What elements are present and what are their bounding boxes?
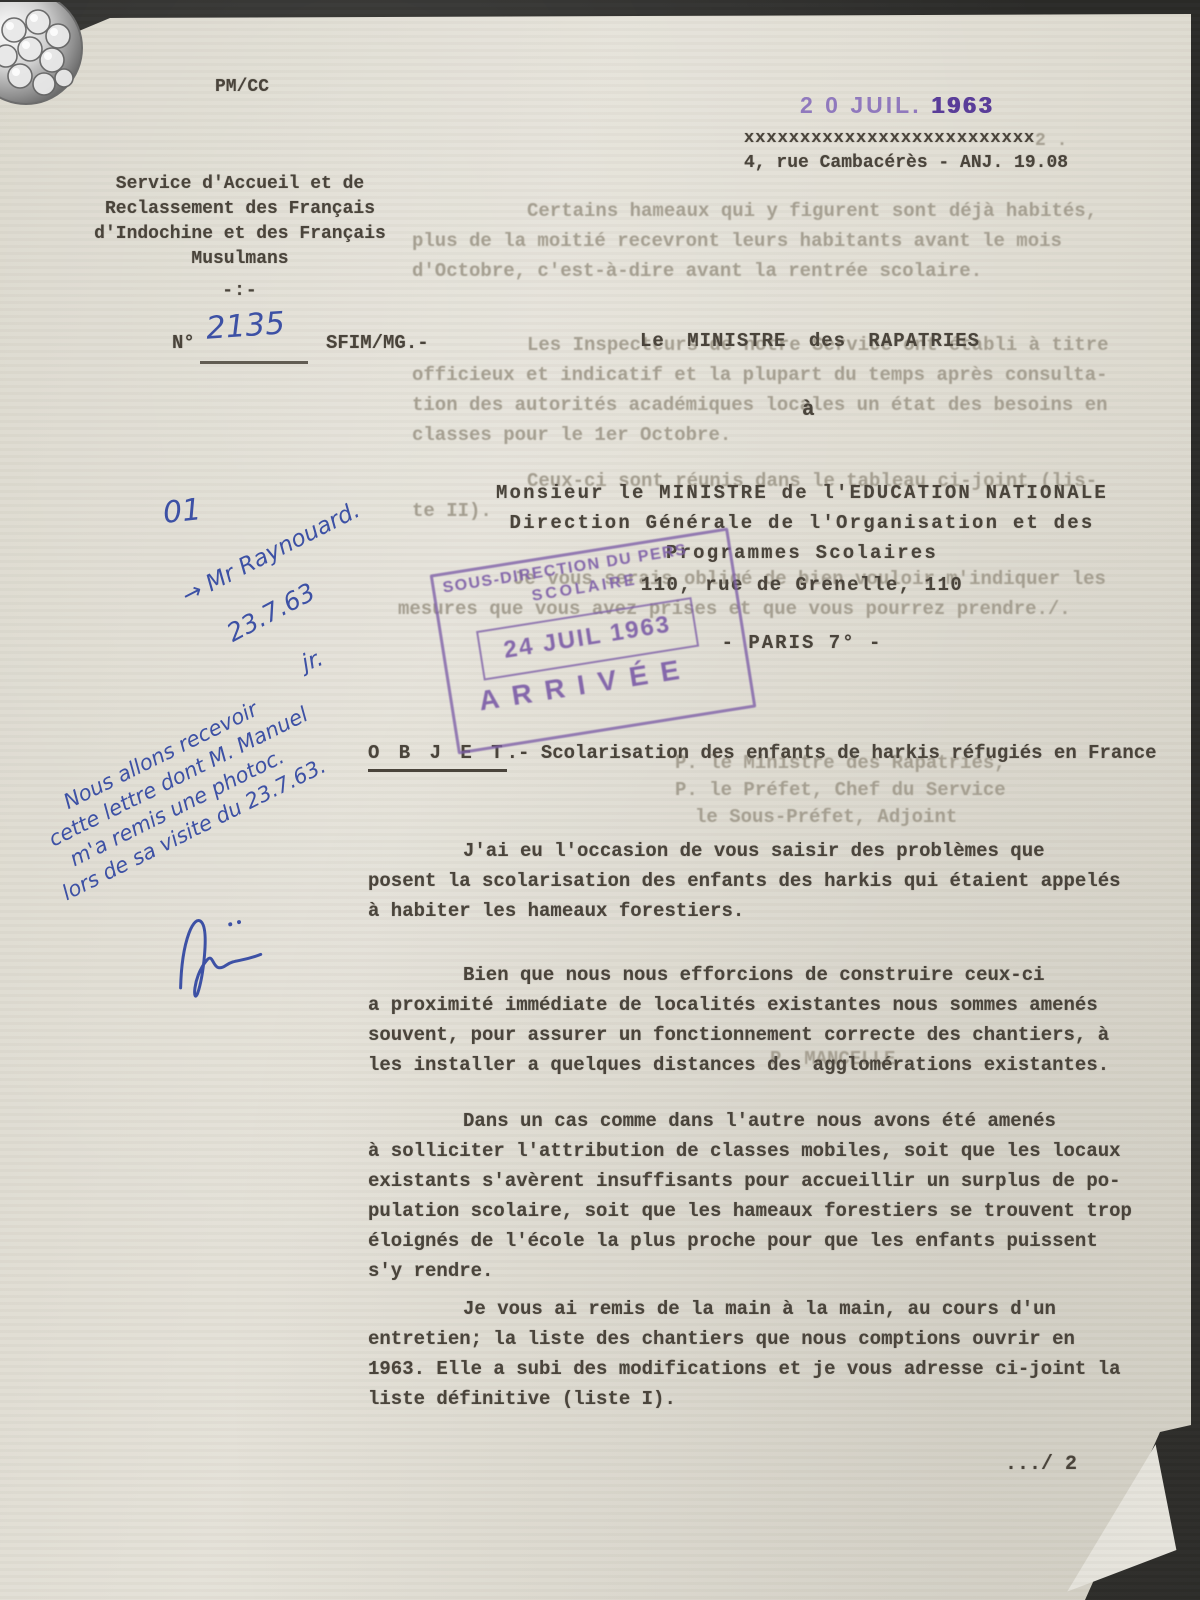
received-date-stamp: 2 0 JUIL. 1963 <box>800 92 994 119</box>
letterhead: Service d'Accueil et deReclassement des … <box>68 172 412 272</box>
date-stamp-day-month: 2 0 JUIL. <box>800 92 922 118</box>
letter-number-handwritten: 2135 <box>205 305 286 346</box>
date-stamp-year: 1963 <box>931 92 994 118</box>
body-paragraph: Je vous ai remis de la main à la main, a… <box>368 1294 1121 1414</box>
number-underline <box>200 361 308 364</box>
sender-title: Le MINISTRE des RAPATRIES <box>640 326 980 356</box>
handwritten-code: 01 <box>161 492 203 531</box>
page-marker: .../ 2 <box>1005 1450 1077 1480</box>
recipient-block: Monsieur le MINISTRE de l'EDUCATION NATI… <box>428 478 1176 568</box>
letterhead-separator: -:- <box>68 276 412 306</box>
letter-number-prefix: N° <box>172 328 195 358</box>
bleedthrough-text: Certains hameaux qui y figurent sont déj… <box>412 196 1097 286</box>
letter-number-suffix: SFIM/MG.- <box>326 328 429 358</box>
body-paragraph: Dans un cas comme dans l'autre nous avon… <box>368 1106 1132 1286</box>
body-paragraph: Bien que nous nous efforcions de constru… <box>368 960 1109 1080</box>
salutation-particle: à <box>802 396 815 426</box>
subject-text: Scolarisation des enfants de harkis réfu… <box>541 742 1157 764</box>
signature-scribble <box>142 896 284 1008</box>
reference-code: PM/CC <box>215 72 269 102</box>
scanned-letter: 2 . Certains hameaux qui y figurent sont… <box>0 0 1200 1600</box>
body-paragraph: J'ai eu l'occasion de vous saisir des pr… <box>368 836 1121 926</box>
metal-fastener-icon <box>0 2 88 116</box>
sender-address: 4, rue Cambacérès - ANJ. 19.08 <box>744 148 1068 178</box>
